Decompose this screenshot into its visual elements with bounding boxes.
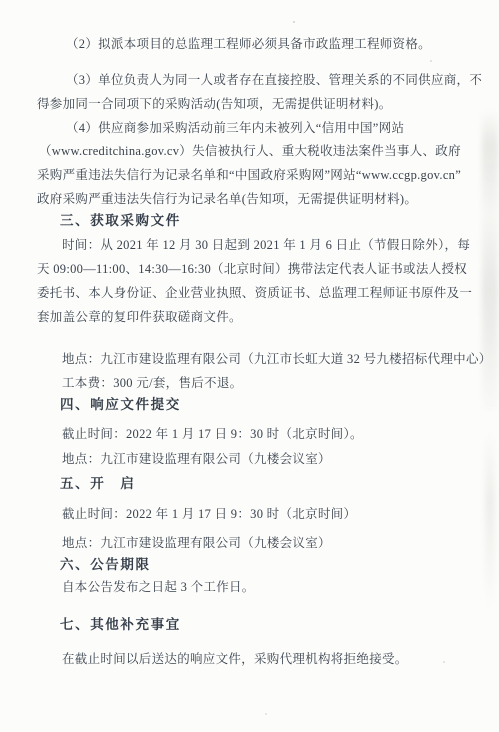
- line-supplier-restriction-1: （3）单位负责人为同一人或者存在直接控股、管理关系的不同供应商，不: [66, 72, 482, 89]
- line-credit-china-3: 采购严重违法失信行为记录名单和“中国政府采购网”网站“www.ccgp.gov.…: [37, 167, 461, 184]
- scanned-document-page: （2）拟派本项目的总监理工程师必须具备市政监理工程师资格。 （3）单位负责人为同…: [0, 0, 499, 732]
- heading-section-5-opening: 五、开 启: [60, 475, 136, 492]
- line-obtain-location: 地点：九江市建设监理有限公司（九江市长虹大道 32 号九楼招标代理中心）: [62, 351, 492, 368]
- line-obtain-time-3: 委托书、本人身份证、企业营业执照、资质证书、总监理工程师证书原件及一: [37, 285, 472, 302]
- line-obtain-time-2: 天 09:00—11:00、14:30—16:30（北京时间）携带法定代表人证书…: [37, 261, 467, 278]
- line-opening-location: 地点：九江市建设监理有限公司（九楼会议室）: [62, 535, 331, 552]
- scan-smudge-right-lower: [485, 430, 495, 610]
- line-supplier-restriction-2: 得参加同一合同项下的采购活动(告知项，无需提供证明材料)。: [37, 96, 392, 113]
- line-obtain-time-1: 时间：从 2021 年 12 月 30 日起到 2021 年 1 月 6 日止（…: [62, 237, 470, 254]
- line-document-fee: 工本费：300 元/套，售后不退。: [62, 375, 242, 392]
- line-credit-china-2: （www.creditchina.gov.cv）失信被执行人、重大税收违法案件当…: [39, 143, 461, 160]
- heading-section-7-other-matters: 七、其他补充事宜: [60, 616, 181, 633]
- line-obtain-time-4: 套加盖公章的复印件获取磋商文件。: [37, 309, 242, 326]
- line-submission-location: 地点：九江市建设监理有限公司（九楼会议室）: [62, 451, 331, 468]
- line-late-submission-rejected: 在截止时间以后送达的响应文件，采购代理机构将拒绝接受。: [62, 651, 408, 668]
- line-opening-deadline: 截止时间：2022 年 1 月 17 日 9：30 时（北京时间）: [62, 506, 356, 523]
- line-credit-china-4: 政府采购严重违法失信行为记录名单(告知项，无需提供证明材料)。: [37, 191, 417, 208]
- line-credit-china-1: （4）供应商参加采购活动前三年内未被列入“信用中国”网站: [66, 120, 404, 137]
- line-submission-deadline: 截止时间：2022 年 1 月 17 日 9：30 时（北京时间）。: [62, 426, 363, 443]
- scan-smudge-right: [482, 110, 498, 410]
- heading-section-3-obtain-documents: 三、获取采购文件: [60, 212, 181, 229]
- scan-speck: [293, 21, 295, 23]
- heading-section-4-response-submission: 四、响应文件提交: [60, 396, 181, 413]
- heading-section-6-notice-period: 六、公告期限: [60, 556, 151, 573]
- line-qualification-item-2: （2）拟派本项目的总监理工程师必须具备市政监理工程师资格。: [66, 36, 431, 53]
- line-notice-period: 自本公告发布之日起 3 个工作日。: [62, 579, 255, 596]
